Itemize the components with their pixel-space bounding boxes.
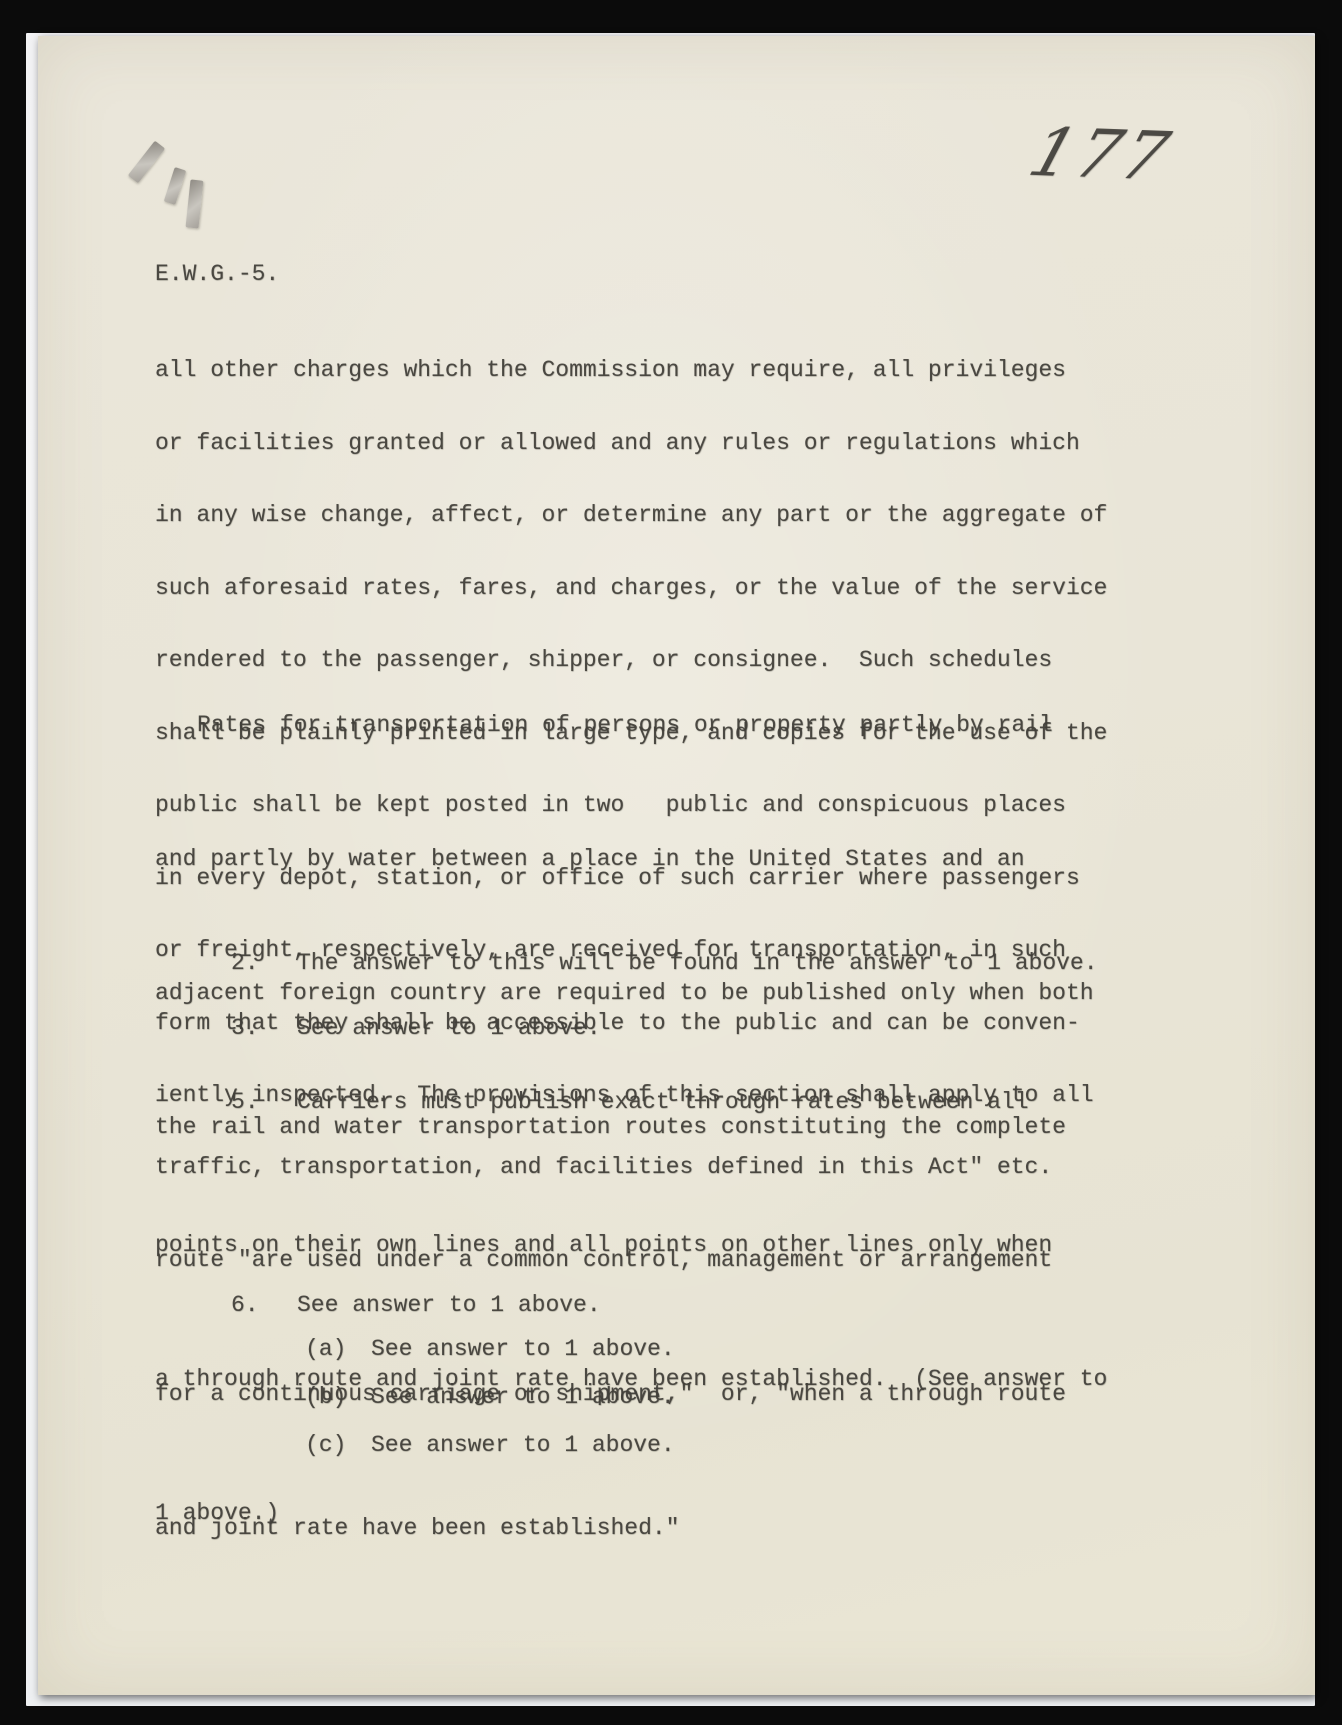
scan-background: 177 E.W.G.-5. all other charges which th… bbox=[0, 0, 1342, 1725]
list-subitem-b: (b) See answer to 1 above. bbox=[305, 1384, 675, 1410]
subitem-text: See answer to 1 above. bbox=[371, 1384, 675, 1410]
list-subitem-a: (a) See answer to 1 above. bbox=[305, 1336, 675, 1362]
document-page: 177 E.W.G.-5. all other charges which th… bbox=[38, 36, 1315, 1695]
text-line: 1 above.) bbox=[155, 1491, 1107, 1536]
staple-mark bbox=[122, 118, 232, 238]
staple-mark-segment bbox=[186, 179, 204, 228]
item-text: Carriers must publish exact through rate… bbox=[297, 1089, 1029, 1115]
list-item-5-continuation: points on their own lines and all points… bbox=[155, 1133, 1107, 1626]
text-line: adjacent foreign country are required to… bbox=[155, 971, 1094, 1016]
item-number: 5. bbox=[231, 1089, 297, 1115]
list-item-6: 6. See answer to 1 above. bbox=[231, 1292, 601, 1318]
list-subitem-c: (c) See answer to 1 above. bbox=[305, 1432, 675, 1458]
text-line: points on their own lines and all points… bbox=[155, 1223, 1107, 1268]
text-line: Rates for transportation of persons or p… bbox=[155, 703, 1094, 748]
handwritten-page-number: 177 bbox=[1020, 114, 1181, 196]
item-number: 2. bbox=[231, 950, 297, 976]
text-line: in any wise change, affect, or determine… bbox=[155, 503, 1107, 527]
list-item-3: 3. See answer to 1 above. bbox=[231, 1015, 601, 1041]
item-number: 3. bbox=[231, 1015, 297, 1041]
subitem-label: (c) bbox=[305, 1432, 371, 1458]
subitem-label: (b) bbox=[305, 1384, 371, 1410]
staple-mark-segment bbox=[128, 141, 165, 184]
text-line: or facilities granted or allowed and any… bbox=[155, 431, 1107, 455]
staple-mark-segment bbox=[164, 167, 187, 205]
item-text: See answer to 1 above. bbox=[297, 1015, 601, 1041]
text-line: such aforesaid rates, fares, and charges… bbox=[155, 576, 1107, 600]
list-item-2: 2. The answer to this will be found in t… bbox=[231, 950, 1098, 976]
item-text: The answer to this will be found in the … bbox=[297, 950, 1098, 976]
subitem-text: See answer to 1 above. bbox=[371, 1336, 675, 1362]
text-line: and partly by water between a place in t… bbox=[155, 837, 1094, 882]
item-text: See answer to 1 above. bbox=[297, 1292, 601, 1318]
subitem-label: (a) bbox=[305, 1336, 371, 1362]
list-item-5: 5. Carriers must publish exact through r… bbox=[231, 1089, 1029, 1115]
document-reference: E.W.G.-5. bbox=[155, 261, 279, 287]
text-line: all other charges which the Commission m… bbox=[155, 358, 1107, 382]
subitem-text: See answer to 1 above. bbox=[371, 1432, 675, 1458]
item-number: 6. bbox=[231, 1292, 297, 1318]
